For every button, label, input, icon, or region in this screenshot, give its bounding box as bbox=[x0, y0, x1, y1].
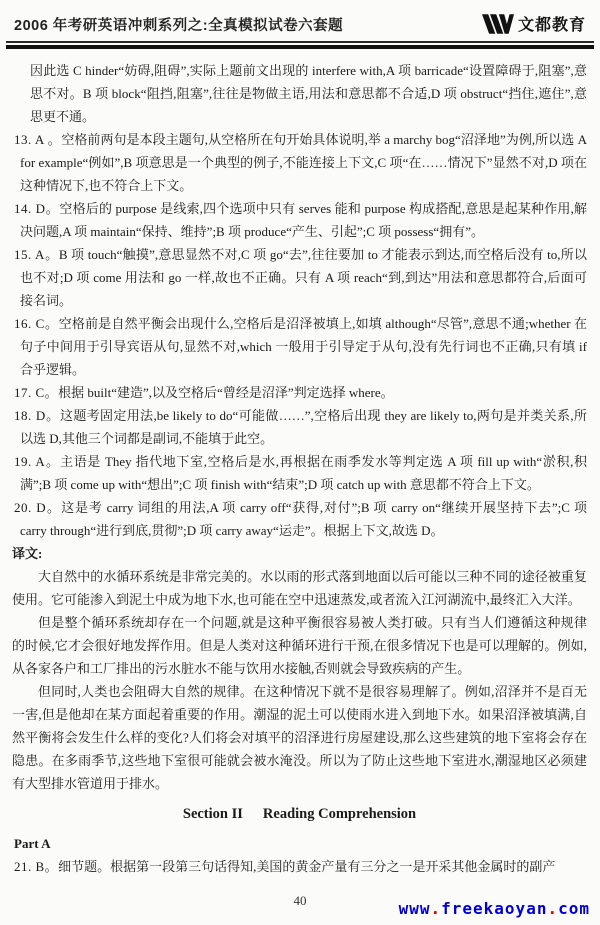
answer-item-20: 20. D。这是考 carry 词组的用法,A 项 carry off“获得,对… bbox=[12, 496, 587, 542]
publisher-logo: 文都教育 bbox=[482, 12, 586, 35]
answer-text: 空格后的 purpose 是线索,四个选项中只有 serves 能和 purpo… bbox=[20, 201, 587, 239]
url-tld: com bbox=[558, 899, 590, 918]
answer-item-19: 19. A。主语是 They 指代地下室,空格后是水,再根据在雨季发水等判定选 … bbox=[12, 450, 587, 496]
translation-paragraph-1: 大自然中的水循环系统是非常完美的。水以雨的形式落到地面以后可能以三种不同的途径被… bbox=[12, 565, 587, 611]
page-body: 因此选 C hinder“妨碍,阻碍”,实际上题前文出现的 interfere … bbox=[0, 49, 600, 878]
url-www: www bbox=[399, 899, 431, 918]
header-rule-thin bbox=[6, 41, 594, 43]
answer-text: 空格前是自然平衡会出现什么,空格后是沼泽被填上,如填 although“尽管”,… bbox=[20, 316, 587, 377]
section-heading: Section IIReading Comprehension bbox=[12, 802, 587, 826]
answer-item-21: 21. B。细节题。根据第一段第三句话得知,美国的黄金产量有三分之一是开采其他金… bbox=[12, 855, 587, 878]
explanation-continuation: 因此选 C hinder“妨碍,阻碍”,实际上题前文出现的 interfere … bbox=[30, 59, 587, 128]
wendu-w-logo-icon bbox=[482, 14, 514, 34]
answer-item-15: 15. A。B 项 touch“触摸”,意思显然不对,C 项 go“去”,往往要… bbox=[12, 243, 587, 312]
answer-text: 这是考 carry 词组的用法,A 项 carry off“获得,对付”;B 项… bbox=[20, 500, 587, 538]
url-domain: freekaoyan bbox=[441, 899, 547, 918]
answer-text: B 项 touch“触摸”,意思显然不对,C 项 go“去”,往往要加 to 才… bbox=[20, 247, 587, 308]
answer-label: 13. A 。 bbox=[14, 132, 61, 147]
section-title: Reading Comprehension bbox=[263, 806, 416, 822]
answer-text: 这题考固定用法,be likely to do“可能做……”,空格后出现 the… bbox=[20, 408, 587, 446]
url-dot: . bbox=[430, 899, 441, 918]
website-link[interactable]: www.freekaoyan.com bbox=[399, 899, 590, 918]
url-dot: . bbox=[547, 899, 558, 918]
answer-item-17: 17. C。根据 built“建造”,以及空格后“曾经是沼泽”判定选择 wher… bbox=[12, 381, 587, 404]
answer-item-14: 14. D。空格后的 purpose 是线索,四个选项中只有 serves 能和… bbox=[12, 197, 587, 243]
answer-item-13: 13. A 。空格前两句是本段主题句,从空格所在句开始具体说明,举 a marc… bbox=[12, 128, 587, 197]
answer-text: 空格前两句是本段主题句,从空格所在句开始具体说明,举 a marchy bog“… bbox=[20, 132, 587, 193]
answer-item-18: 18. D。这题考固定用法,be likely to do“可能做……”,空格后… bbox=[12, 404, 587, 450]
translation-paragraph-3: 但同时,人类也会阻碍大自然的规律。在这种情况下就不是很容易理解了。例如,沼泽并不… bbox=[12, 680, 587, 795]
answer-item-16: 16. C。空格前是自然平衡会出现什么,空格后是沼泽被填上,如填 althoug… bbox=[12, 312, 587, 381]
answer-text: 细节题。根据第一段第三句话得知,美国的黄金产量有三分之一是开采其他金属时的副产 bbox=[58, 859, 555, 874]
document-page: 2006 年考研英语冲刺系列之:全真模拟试卷六套题 文都教育 因此选 C hin… bbox=[0, 0, 600, 925]
answer-label: 21. B。 bbox=[14, 859, 58, 874]
answer-label: 20. D。 bbox=[14, 500, 61, 515]
answer-label: 19. A。 bbox=[14, 454, 60, 469]
answer-label: 17. C。 bbox=[14, 385, 58, 400]
publisher-name: 文都教育 bbox=[518, 12, 586, 35]
answer-label: 16. C。 bbox=[14, 316, 59, 331]
answer-text: 主语是 They 指代地下室,空格后是水,再根据在雨季发水等判定选 A 项 fi… bbox=[20, 454, 587, 492]
answer-text: 根据 built“建造”,以及空格后“曾经是沼泽”判定选择 where。 bbox=[58, 385, 393, 400]
answer-label: 15. A。 bbox=[14, 247, 59, 262]
page-header: 2006 年考研英语冲刺系列之:全真模拟试卷六套题 文都教育 bbox=[0, 0, 600, 35]
part-label: Part A bbox=[14, 832, 587, 855]
page-footer: 40 www.freekaoyan.com bbox=[0, 891, 600, 925]
answer-label: 18. D。 bbox=[14, 408, 60, 423]
section-number: Section II bbox=[183, 806, 243, 822]
answer-label: 14. D。 bbox=[14, 201, 59, 216]
book-title: 2006 年考研英语冲刺系列之:全真模拟试卷六套题 bbox=[14, 14, 343, 35]
translation-heading: 译文: bbox=[12, 542, 587, 565]
translation-paragraph-2: 但是整个循环系统却存在一个问题,就是这种平衡很容易被人类打破。只有当人们遵循这种… bbox=[12, 611, 587, 680]
